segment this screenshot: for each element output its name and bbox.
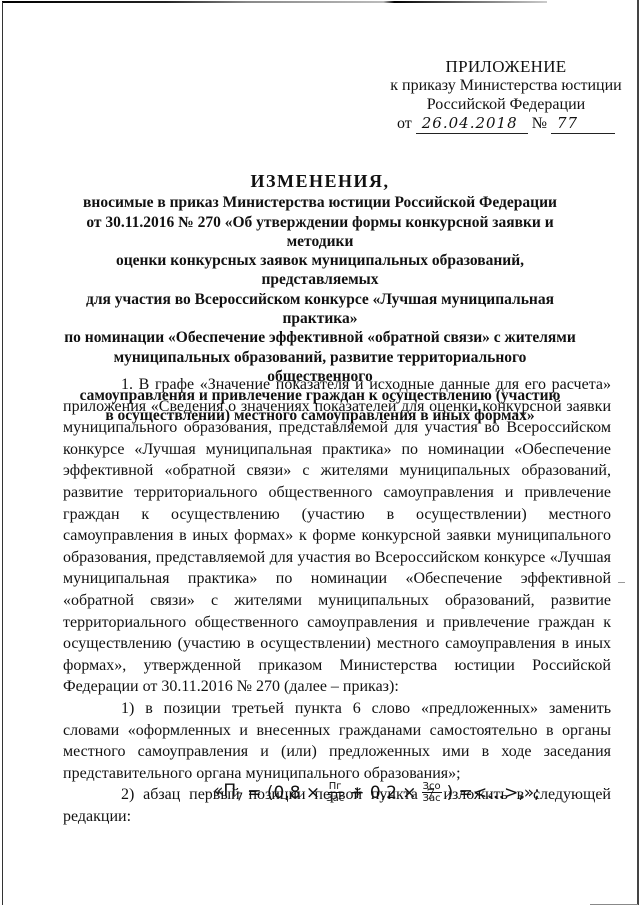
- scan-mark: [618, 582, 625, 583]
- order-date: 26.04.2018: [416, 114, 528, 134]
- scan-edge-left: [2, 2, 3, 905]
- formula-p7: «П7 = (0,8 × Пг Зас + 0,2 × Зсо Зас ) =<…: [213, 781, 540, 804]
- paragraph-1: 1. В графе «Значение показателя и исходн…: [63, 374, 611, 698]
- heading-line: оценки конкурсных заявок муниципальных о…: [60, 251, 580, 290]
- date-prefix: от: [397, 114, 412, 133]
- heading-line: по номинации «Обеспечение эффективной «о…: [60, 328, 580, 347]
- formula-close: ) =<…>,»;: [447, 783, 540, 803]
- number-prefix: №: [532, 114, 547, 133]
- formula-eq: = (0,8 ×: [247, 783, 320, 803]
- scan-edge-right: [637, 0, 639, 905]
- fraction-pg-zas: Пг Зас: [325, 781, 345, 804]
- heading-line: вносимые в приказ Министерства юстиции Р…: [60, 193, 580, 212]
- appendix-stamp: ПРИЛОЖЕНИЕ к приказу Министерства юстици…: [380, 57, 632, 134]
- heading-line: от 30.11.2016 № 270 «Об утверждении форм…: [60, 213, 580, 252]
- formula-open: «П7: [213, 781, 243, 803]
- heading-title: ИЗМЕНЕНИЯ,: [60, 172, 580, 191]
- appendix-line-federation: Российской Федерации: [380, 95, 632, 114]
- fraction-numerator: Зсо: [422, 781, 442, 793]
- formula-subscript: 7: [236, 791, 243, 804]
- item-1: 1) в позиции третьей пункта 6 слово «пре…: [63, 698, 611, 784]
- heading-line: для участия во Всероссийском конкурсе «Л…: [60, 290, 580, 329]
- order-date-number: от 26.04.2018 № 77: [380, 114, 632, 134]
- document-body: 1. В графе «Значение показателя и исходн…: [63, 374, 611, 827]
- formula-plus: + 0,2 ×: [350, 783, 416, 803]
- order-number: 77: [551, 114, 615, 134]
- scan-edge-top: [2, 1, 547, 3]
- fraction-numerator: Пг: [328, 781, 343, 793]
- appendix-line-order: к приказу Министерства юстиции: [380, 76, 632, 95]
- fraction-zso-zas: Зсо Зас: [422, 781, 442, 804]
- fraction-denominator: Зас: [325, 793, 345, 804]
- fraction-denominator: Зас: [422, 793, 442, 804]
- appendix-title: ПРИЛОЖЕНИЕ: [380, 57, 632, 76]
